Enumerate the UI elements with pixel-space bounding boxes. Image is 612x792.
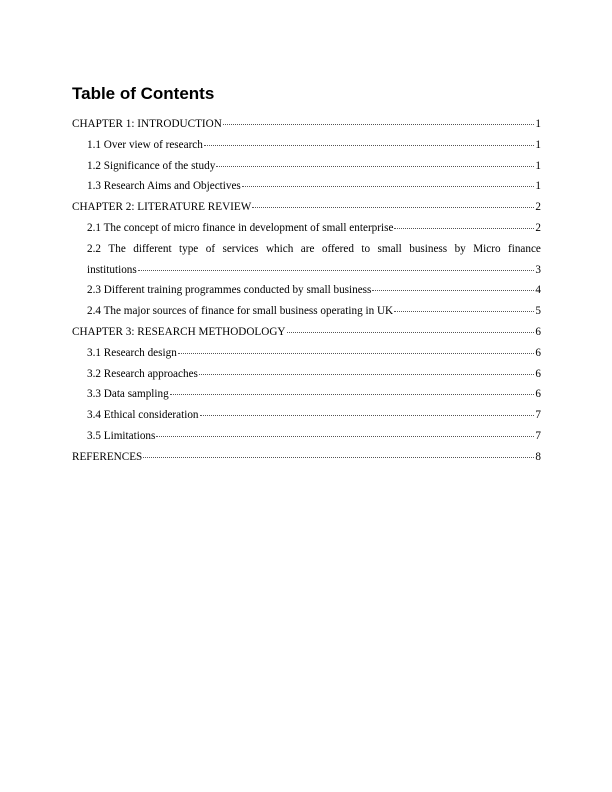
toc-entry-word: finance: [508, 239, 541, 260]
toc-entry-label: 2.1 The concept of micro finance in deve…: [87, 218, 393, 239]
toc-entry-word: Micro: [473, 239, 500, 260]
toc-entry-word: of: [206, 239, 215, 260]
toc-entry-label: 3.2 Research approaches: [87, 364, 198, 385]
dot-leader: [287, 331, 535, 333]
toc-page-number: 7: [535, 426, 541, 447]
toc-entry-word: are: [301, 239, 315, 260]
toc-entry-word: to: [361, 239, 370, 260]
toc-page-number: 6: [535, 384, 541, 405]
toc-page-number: 1: [535, 176, 541, 197]
toc-page-number: 4: [535, 280, 541, 301]
toc-entry-1-2[interactable]: 1.2 Significance of the study 1: [72, 156, 541, 177]
dot-leader: [394, 310, 534, 312]
toc-entry-label: CHAPTER 1: INTRODUCTION: [72, 114, 222, 135]
toc-entry-label-continued: institutions: [87, 260, 137, 281]
toc-page-number: 7: [535, 405, 541, 426]
toc-entry-word: type: [179, 239, 198, 260]
toc-page-number: 3: [535, 260, 541, 281]
toc-page-number: 6: [535, 322, 541, 343]
toc-entry-label: CHAPTER 2: LITERATURE REVIEW: [72, 197, 251, 218]
toc-entry-word: which: [266, 239, 293, 260]
toc-entry-chapter-2[interactable]: CHAPTER 2: LITERATURE REVIEW 2: [72, 197, 541, 218]
toc-page-number: 8: [535, 447, 541, 468]
toc-entry-chapter-1[interactable]: CHAPTER 1: INTRODUCTION 1: [72, 114, 541, 135]
toc-entry-1-1[interactable]: 1.1 Over view of research 1: [72, 135, 541, 156]
toc-entry-word: The: [108, 239, 125, 260]
toc-page-number: 2: [535, 197, 541, 218]
toc-list: CHAPTER 1: INTRODUCTION 1 1.1 Over view …: [72, 114, 541, 468]
toc-entry-1-3[interactable]: 1.3 Research Aims and Objectives 1: [72, 176, 541, 197]
toc-entry-word: 2.2: [87, 239, 101, 260]
toc-title: Table of Contents: [72, 82, 541, 106]
toc-entry-word: different: [133, 239, 171, 260]
dot-leader: [178, 352, 535, 354]
toc-page-number: 1: [535, 114, 541, 135]
toc-entry-word: by: [455, 239, 466, 260]
toc-entry-2-4[interactable]: 2.4 The major sources of finance for sma…: [72, 301, 541, 322]
dot-leader: [216, 165, 534, 167]
toc-entry-label: 3.4 Ethical consideration: [87, 405, 199, 426]
toc-entry-label-line-1: 2.2Thedifferenttypeofserviceswhichareoff…: [87, 239, 541, 260]
toc-entry-chapter-3[interactable]: CHAPTER 3: RESEARCH METHODOLOGY 6: [72, 322, 541, 343]
dot-leader: [372, 289, 534, 291]
toc-entry-2-1[interactable]: 2.1 The concept of micro finance in deve…: [72, 218, 541, 239]
dot-leader: [252, 206, 534, 208]
dot-leader: [156, 435, 534, 437]
toc-entry-2-2[interactable]: 2.2Thedifferenttypeofserviceswhichareoff…: [72, 239, 541, 281]
toc-entry-label: CHAPTER 3: RESEARCH METHODOLOGY: [72, 322, 286, 343]
toc-entry-label: 1.2 Significance of the study: [87, 156, 215, 177]
dot-leader: [138, 269, 535, 271]
toc-page-number: 5: [535, 301, 541, 322]
toc-entry-label: 2.3 Different training programmes conduc…: [87, 280, 371, 301]
toc-entry-label: REFERENCES: [72, 447, 142, 468]
toc-page-number: 6: [535, 364, 541, 385]
dot-leader: [223, 123, 535, 125]
dot-leader: [143, 456, 534, 458]
toc-entry-label: 1.3 Research Aims and Objectives: [87, 176, 241, 197]
toc-entry-3-4[interactable]: 3.4 Ethical consideration 7: [72, 405, 541, 426]
toc-entry-label: 3.1 Research design: [87, 343, 177, 364]
toc-entry-word: small: [378, 239, 402, 260]
dot-leader: [200, 414, 535, 416]
toc-entry-label: 3.3 Data sampling: [87, 384, 169, 405]
toc-entry-label: 3.5 Limitations: [87, 426, 155, 447]
toc-page-number: 1: [535, 156, 541, 177]
toc-entry-word: services: [222, 239, 258, 260]
toc-entry-3-5[interactable]: 3.5 Limitations 7: [72, 426, 541, 447]
toc-entry-3-3[interactable]: 3.3 Data sampling 6: [72, 384, 541, 405]
toc-entry-word: business: [409, 239, 447, 260]
toc-entry-2-3[interactable]: 2.3 Different training programmes conduc…: [72, 280, 541, 301]
dot-leader: [170, 393, 535, 395]
toc-entry-word: offered: [322, 239, 354, 260]
toc-entry-3-2[interactable]: 3.2 Research approaches 6: [72, 364, 541, 385]
toc-entry-3-1[interactable]: 3.1 Research design 6: [72, 343, 541, 364]
toc-page-number: 2: [535, 218, 541, 239]
dot-leader: [242, 185, 535, 187]
dot-leader: [394, 227, 534, 229]
toc-page-number: 6: [535, 343, 541, 364]
toc-entry-references[interactable]: REFERENCES 8: [72, 447, 541, 468]
toc-entry-label-line-2: institutions 3: [87, 260, 541, 281]
toc-page-number: 1: [535, 135, 541, 156]
document-page: Table of Contents CHAPTER 1: INTRODUCTIO…: [72, 82, 541, 468]
dot-leader: [199, 373, 535, 375]
toc-entry-label: 1.1 Over view of research: [87, 135, 203, 156]
toc-entry-label: 2.4 The major sources of finance for sma…: [87, 301, 393, 322]
dot-leader: [204, 144, 535, 146]
